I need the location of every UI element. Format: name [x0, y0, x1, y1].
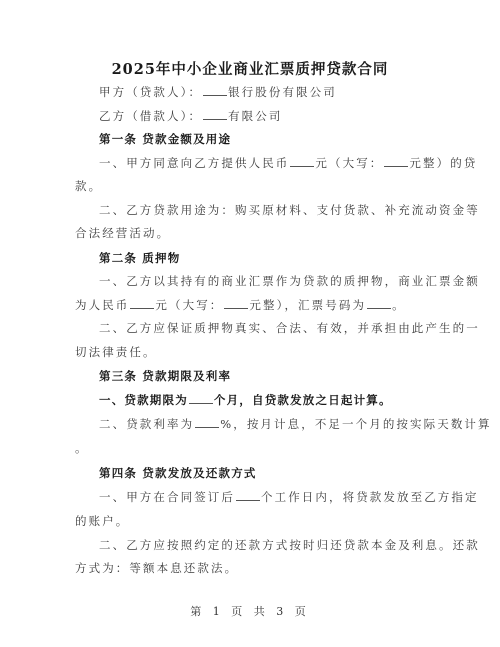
clause-line: 方式为：等额本息还款法。 — [75, 560, 427, 576]
clause-line: 为人民币元（大写：元整），汇票号码为。 — [75, 297, 427, 313]
article-heading: 第二条 质押物 — [99, 250, 427, 266]
article-heading: 第三条 贷款期限及利率 — [99, 368, 427, 384]
clause-line: 一、甲方同意向乙方提供人民币元（大写：元整）的贷 — [99, 155, 427, 171]
article-heading: 第一条 贷款金额及用途 — [99, 131, 427, 147]
clause-line: 一、甲方在合同签订后个工作日内，将贷款发放至乙方指定 — [99, 489, 427, 505]
blank-field — [384, 155, 408, 167]
clause-line: 合法经营活动。 — [75, 225, 427, 241]
clause-line: 。 — [75, 440, 427, 456]
clause-line: 切法律责任。 — [75, 344, 427, 360]
blank-field — [130, 297, 154, 309]
blank-field — [224, 297, 248, 309]
page-number: 第 1 页 共 3 页 — [0, 603, 500, 619]
clause-line-bold: 一、贷款期限为个月，自贷款发放之日起计算。 — [99, 392, 427, 408]
clause-line: 二、乙方应按照约定的还款方式按时归还贷款本金及利息。还款 — [99, 537, 427, 553]
party-lender: 甲方（贷款人）：银行股份有限公司 — [99, 84, 427, 100]
document-page: 2025年中小企业商业汇票质押贷款合同 甲方（贷款人）：银行股份有限公司 乙方（… — [0, 0, 500, 647]
article-heading: 第四条 贷款发放及还款方式 — [99, 465, 427, 481]
clause-line: 款。 — [75, 178, 427, 194]
blank-field — [195, 416, 219, 428]
blank-field — [203, 108, 227, 120]
party-borrower: 乙方（借款人）：有限公司 — [99, 108, 427, 124]
blank-field — [203, 84, 227, 96]
blank-field — [367, 297, 391, 309]
document-title: 2025年中小企业商业汇票质押贷款合同 — [0, 58, 500, 79]
clause-line: 二、乙方贷款用途为：购买原材料、支付货款、补充流动资金等 — [99, 202, 427, 218]
blank-field — [189, 392, 213, 404]
clause-line: 的账户。 — [75, 513, 427, 529]
clause-line: 二、乙方应保证质押物真实、合法、有效，并承担由此产生的一 — [99, 320, 427, 336]
clause-line: 一、乙方以其持有的商业汇票作为贷款的质押物，商业汇票金额 — [99, 273, 427, 289]
clause-line: 二、贷款利率为%，按月计息，不足一个月的按实际天数计算 — [99, 416, 427, 432]
blank-field — [236, 489, 260, 501]
blank-field — [290, 155, 314, 167]
